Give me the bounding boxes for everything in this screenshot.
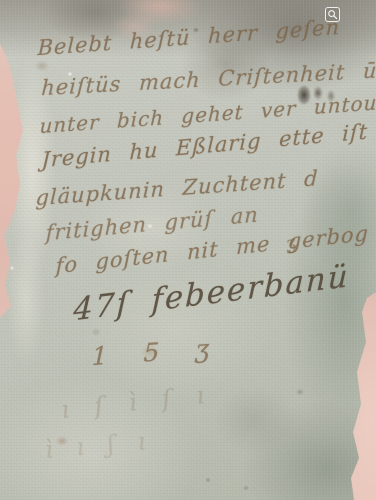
handwriting-layer: Belebt heſtü herr geſen heiſtüs mach Cri…	[0, 0, 376, 500]
ink-blot	[293, 80, 339, 114]
handwriting-line-5: gläupkunin Zuchtent d	[35, 166, 319, 210]
manuscript-photo: Belebt heſtü herr geſen heiſtüs mach Cri…	[0, 0, 376, 500]
magnifier-glyph	[327, 9, 338, 20]
magnifier-icon[interactable]	[325, 7, 340, 22]
handwriting-faint-1: ı ſ ì ſ ı	[60, 381, 206, 424]
handwriting-faint-2: ì ı ʃ ı	[44, 427, 147, 464]
handwriting-date: 1 5 ʒ	[91, 334, 210, 371]
handwriting-line-1: Belebt heſtü herr geſen	[37, 15, 340, 60]
